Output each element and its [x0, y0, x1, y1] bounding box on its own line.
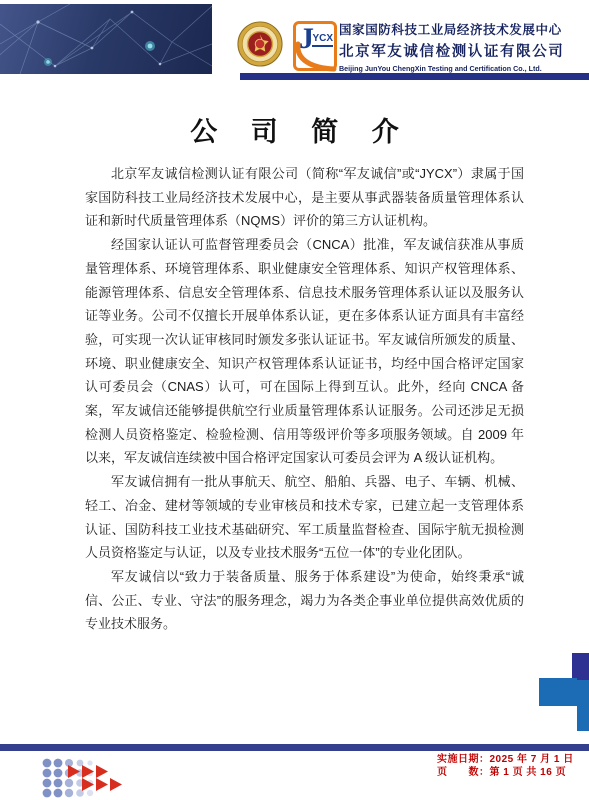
jycx-logo-icon: J YCX: [293, 21, 337, 71]
implementation-date: 实施日期：2025 年 7 月 1 日: [437, 754, 574, 767]
network-lines-graphic: [0, 4, 212, 74]
company-intro-body: 北京军友诚信检测认证有限公司（简称“军友诚信”或“JYCX”）隶属于国家国防科技…: [85, 162, 524, 636]
header-rule: [240, 73, 589, 80]
document-page: J YCX 国家国防科技工业局经济技术发展中心 北京军友诚信检测认证有限公司 B…: [0, 0, 589, 800]
footer-info: 实施日期：2025 年 7 月 1 日 页 数：第 1 页 共 16 页: [437, 754, 574, 779]
org-name-cn: 国家国防科技工业局经济技术发展中心: [339, 20, 574, 38]
intro-paragraph-3: 军友诚信拥有一批从事航天、航空、船舶、兵器、电子、车辆、机械、轻工、冶金、建材等…: [85, 470, 524, 565]
jycx-logo-swoosh: [292, 38, 338, 72]
corner-deco-indigo-square: [572, 653, 589, 681]
footer-rule: [0, 744, 589, 751]
header-text-block: 国家国防科技工业局经济技术发展中心 北京军友诚信检测认证有限公司 Beijing…: [339, 20, 574, 73]
page-count: 页 数：第 1 页 共 16 页: [437, 767, 574, 780]
intro-paragraph-1: 北京军友诚信检测认证有限公司（简称“军友诚信”或“JYCX”）隶属于国家国防科技…: [85, 162, 524, 233]
intro-paragraph-4: 军友诚信以“致力于装备质量、服务于体系建设”为使命，始终秉承“诚信、公正、专业、…: [85, 565, 524, 636]
corner-deco-blue-square: [539, 678, 577, 706]
intro-paragraph-2: 经国家认证认可监督管理委员会（CNCA）批准，军友诚信获准从事质量管理体系、环境…: [85, 233, 524, 470]
company-name-en: Beijing JunYou ChengXin Testing and Cert…: [339, 64, 569, 73]
emblem-logo-icon: [236, 19, 284, 69]
page-title: 公 司 简 介: [0, 110, 589, 149]
dots-arrows-deco: [38, 755, 138, 799]
network-banner: [0, 4, 212, 74]
company-name-cn: 北京军友诚信检测认证有限公司: [339, 40, 574, 61]
corner-deco-blue-strip: [577, 680, 589, 731]
